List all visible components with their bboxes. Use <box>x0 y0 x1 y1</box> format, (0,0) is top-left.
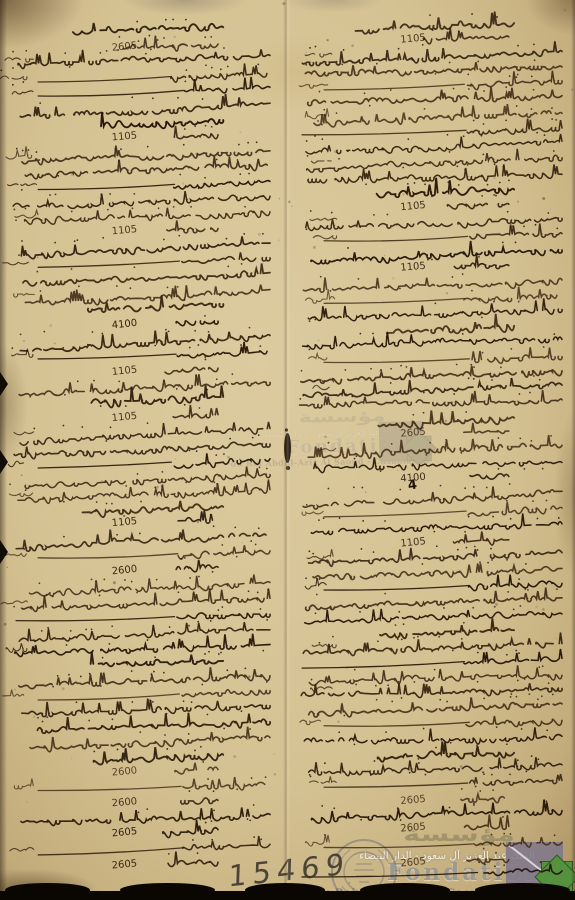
manuscript-line: 2605 <box>400 787 505 808</box>
manuscript-line <box>313 558 562 580</box>
manuscript-line <box>305 587 562 610</box>
manuscript-line <box>20 325 271 353</box>
manuscript-line: 1105 <box>400 194 509 214</box>
manuscript-line <box>18 665 270 689</box>
manuscript-line: 2600 <box>111 557 218 578</box>
amount-figure: 2605 <box>111 826 137 839</box>
manuscript-line <box>21 232 270 259</box>
amount-figure: 4100 <box>111 318 137 332</box>
manuscript-line: 2605 <box>400 814 509 834</box>
manuscript-line: 2605 <box>400 852 509 870</box>
manuscript-line <box>2 681 270 703</box>
manuscript-line <box>378 409 514 430</box>
amount-figure: 1105 <box>111 130 137 143</box>
manuscript-line <box>303 480 563 509</box>
manuscript-line <box>308 755 562 779</box>
manuscript-line: 4100 <box>111 315 218 332</box>
amount-figure: 2605 <box>400 427 426 440</box>
manuscript-line <box>13 279 270 307</box>
manuscript-line <box>304 725 562 746</box>
manuscript-line <box>308 435 562 460</box>
manuscript-line <box>308 298 562 322</box>
manuscript-line <box>15 201 271 225</box>
manuscript-line <box>307 542 562 567</box>
paper-edge-shadow <box>5 883 90 897</box>
manuscript-line <box>303 631 562 656</box>
center-fold-crease <box>283 0 290 900</box>
manuscript-line <box>73 17 224 39</box>
amount-figure: 2605 <box>400 856 426 869</box>
manuscript-line <box>19 620 270 643</box>
paper-edge-shadow <box>475 883 570 897</box>
amount-figure: 1105 <box>400 33 426 46</box>
left-paper-edge <box>0 0 7 900</box>
manuscript-line: 2600 <box>111 761 218 779</box>
manuscript-line <box>87 294 223 313</box>
manuscript-line <box>16 262 270 286</box>
manuscript-line <box>303 271 562 292</box>
amount-figure: 1105 <box>400 536 426 549</box>
manuscript-line <box>23 573 270 597</box>
manuscript-line <box>16 524 266 551</box>
manuscript-line <box>308 693 562 718</box>
manuscript-line: 1105 <box>111 404 218 424</box>
amount-figure: 1105 <box>111 224 137 237</box>
amount-figure: 1105 <box>400 200 426 213</box>
manuscript-line <box>91 384 224 409</box>
manuscript-line <box>311 799 562 823</box>
manuscript-line: 1105 <box>400 27 509 46</box>
manuscript-line <box>11 341 267 364</box>
manuscript-line <box>301 360 563 384</box>
manuscript-line: 1105 <box>111 220 218 238</box>
manuscript-line <box>30 726 271 753</box>
amount-figure: 2605 <box>111 858 137 871</box>
manuscript-line <box>8 448 270 473</box>
manuscript-line <box>306 148 562 173</box>
amount-figure: 1105 <box>111 365 137 378</box>
amount-figure: 2600 <box>111 564 137 577</box>
manuscript-line <box>311 239 563 265</box>
manuscript-line: 1105 <box>400 530 509 550</box>
manuscript-line: 2600 <box>111 790 218 810</box>
amount-figure: 1105 <box>111 516 137 529</box>
manuscript-line: 1105 <box>111 358 218 378</box>
manuscript-line <box>9 476 270 504</box>
manuscript-line <box>301 676 562 699</box>
manuscript-line <box>308 344 562 367</box>
manuscript-line <box>6 633 270 660</box>
manuscript-line <box>14 774 267 794</box>
paper-edge-shadow <box>245 883 325 897</box>
manuscript-line <box>302 40 562 66</box>
margin-figure: 4 <box>407 477 418 493</box>
amount-figure: 1105 <box>111 411 137 424</box>
amount-figure: 2605 <box>111 40 137 53</box>
manuscript-line <box>14 419 270 445</box>
amount-figure: 2600 <box>111 765 137 778</box>
manuscript-line <box>0 60 267 86</box>
manuscript-line <box>25 466 271 490</box>
manuscript-line <box>307 85 562 108</box>
manuscript-line <box>1 587 270 612</box>
manuscript-line <box>305 102 562 127</box>
paper-edge-shadow <box>360 883 450 897</box>
manuscript-line <box>12 74 270 100</box>
manuscript-line: 2605 <box>111 851 218 872</box>
manuscript-line <box>314 454 563 473</box>
paper-edge-shadow <box>120 883 215 897</box>
manuscript-line <box>302 329 562 350</box>
manuscript-scan-page: مؤسسة الملك عبد العزيز آل سعود - الدار ا… <box>0 0 575 900</box>
manuscript-line <box>21 804 270 827</box>
right-paper-edge <box>571 0 575 900</box>
manuscript-line <box>2 247 270 270</box>
manuscript-line <box>19 372 271 398</box>
manuscript-line <box>21 695 270 719</box>
manuscript-line <box>309 770 562 791</box>
manuscript-line: 2605 <box>400 421 509 441</box>
amount-figure: 2600 <box>111 796 137 809</box>
manuscript-line <box>355 11 514 34</box>
manuscript-line <box>10 836 271 861</box>
amount-figure: 2605 <box>400 822 426 835</box>
amount-figure: 2605 <box>400 794 426 807</box>
amount-figure: 1105 <box>400 261 426 274</box>
manuscript-line: 2605 <box>111 34 218 54</box>
manuscript-line <box>375 618 514 640</box>
manuscript-line <box>305 283 557 309</box>
